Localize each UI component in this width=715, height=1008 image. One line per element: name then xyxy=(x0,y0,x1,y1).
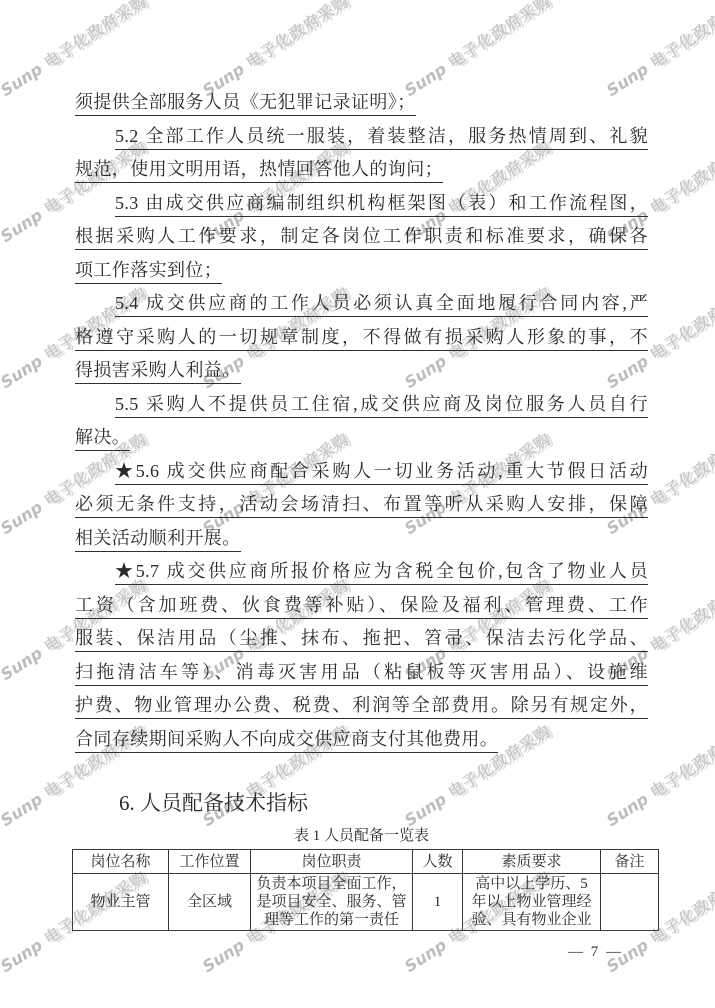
clause-line-text: 5.4 成交供应商的工作人员必须认真全面地履行合同内容,严 xyxy=(115,293,648,317)
clause-line: 5.3 由成交供应商编制组织机构框架图（表）和工作流程图， xyxy=(75,187,648,221)
table-header-cell: 素质要求 xyxy=(463,850,601,874)
clause-line-text: 得损害采购人利益。 xyxy=(75,360,241,384)
watermark-brand: Sunp xyxy=(0,789,46,830)
clause-line: 护费、物业管理办公费、税费、利润等全部费用。除另有规定外， xyxy=(75,689,648,723)
watermark-slogan: 电子化政府采购 xyxy=(647,721,715,802)
clause-line-text: 项工作落实到位； xyxy=(75,260,222,284)
clause-line: 相关活动顺利开展。 xyxy=(75,522,648,556)
clause-line-text: 服装、保洁用品（尘推、抹布、拖把、笤帚、保洁去污化学品、 xyxy=(75,628,648,652)
clause-line-text: 5.5 采购人不提供员工住宿,成交供应商及岗位服务人员自行 xyxy=(115,394,648,418)
table-cell: 物业主管 xyxy=(73,874,169,931)
clause-line-text: 扫拖清洁车等）、消毒灭害用品（粘鼠板等灭害用品）、设施维 xyxy=(75,662,648,686)
clause-line-text: 相关活动顺利开展。 xyxy=(75,528,241,552)
clause-lines: 须提供全部服务人员《无犯罪记录证明》；5.2 全部工作人员统一服装，着装整洁，服… xyxy=(75,0,648,756)
table-header-row: 岗位名称工作位置岗位职责人数素质要求备注 xyxy=(73,850,659,874)
watermark-slogan: 电子化政府采购 xyxy=(647,575,715,656)
table-cell: 全区域 xyxy=(169,874,251,931)
clause-line-text: 5.2 全部工作人员统一服装，着装整洁，服务热情周到、礼貌 xyxy=(115,126,648,150)
table-cell: 高中以上学历、5 年以上物业管理经 验、具有物业企业 xyxy=(463,874,601,931)
table-caption: 表 1 人员配备一览表 xyxy=(75,827,648,845)
clause-line: 项工作落实到位； xyxy=(75,254,648,288)
clause-line-text: 必须无条件支持，活动会场清扫、布置等听从采购人安排，保障 xyxy=(75,494,648,518)
table-header-cell: 岗位名称 xyxy=(73,850,169,874)
clause-line: 根据采购人工作要求，制定各岗位工作职责和标准要求，确保各 xyxy=(75,220,648,254)
clause-line: ★5.6 成交供应商配合采购人一切业务活动,重大节假日活动 xyxy=(75,455,648,489)
clause-line: 格遵守采购人的一切规章制度，不得做有损采购人形象的事，不 xyxy=(75,321,648,355)
clause-line: ★5.7 成交供应商所报价格应为含税全包价,包含了物业人员 xyxy=(75,555,648,589)
clause-line-text: ★5.7 成交供应商所报价格应为含税全包价,包含了物业人员 xyxy=(115,561,648,585)
clause-line-text: 工资（含加班费、伙食费等补贴）、保险及福利、管理费、工作 xyxy=(75,595,648,619)
table-row: 物业主管全区域负责本项目全面工作， 是项目安全、服务、管 理等工作的第一责任1高… xyxy=(73,874,659,931)
clause-line-text: 规范，使用文明用语，热情回答他人的询问； xyxy=(75,159,443,183)
table-cell xyxy=(601,874,659,931)
watermark-brand: Sunp xyxy=(0,351,46,392)
clause-line-text: 解决。 xyxy=(75,427,130,451)
clause-line-text: 5.3 由成交供应商编制组织机构框架图（表）和工作流程图， xyxy=(115,193,648,217)
watermark-brand: Sunp xyxy=(0,935,46,976)
clause-line: 5.4 成交供应商的工作人员必须认真全面地履行合同内容,严 xyxy=(75,287,648,321)
clause-line-text: 合同存续期间采购人不向成交供应商支付其他费用。 xyxy=(75,729,498,753)
watermark-slogan: 电子化政府采购 xyxy=(647,137,715,218)
table-header-cell: 岗位职责 xyxy=(251,850,413,874)
table-cell: 负责本项目全面工作， 是项目安全、服务、管 理等工作的第一责任 xyxy=(251,874,413,931)
clause-line: 工资（含加班费、伙食费等补贴）、保险及福利、管理费、工作 xyxy=(75,589,648,623)
watermark-slogan: 电子化政府采购 xyxy=(647,283,715,364)
clause-line: 规范，使用文明用语，热情回答他人的询问； xyxy=(75,153,648,187)
watermark-slogan: 电子化政府采购 xyxy=(647,0,715,72)
table-header-cell: 工作位置 xyxy=(169,850,251,874)
watermark-brand: Sunp xyxy=(0,59,46,100)
table-header-cell: 人数 xyxy=(413,850,463,874)
page-number: — 7 — xyxy=(75,944,648,961)
clause-line: 服装、保洁用品（尘推、抹布、拖把、笤帚、保洁去污化学品、 xyxy=(75,622,648,656)
table-header-cell: 备注 xyxy=(601,850,659,874)
clause-line-text: 根据采购人工作要求，制定各岗位工作职责和标准要求，确保各 xyxy=(75,226,648,250)
personnel-table: 岗位名称工作位置岗位职责人数素质要求备注 物业主管全区域负责本项目全面工作， 是… xyxy=(72,849,659,931)
watermark-slogan: 电子化政府采购 xyxy=(647,429,715,510)
watermark-brand: Sunp xyxy=(0,497,46,538)
watermark-brand: Sunp xyxy=(0,643,46,684)
clause-line: 必须无条件支持，活动会场清扫、布置等听从采购人安排，保障 xyxy=(75,488,648,522)
clause-line: 合同存续期间采购人不向成交供应商支付其他费用。 xyxy=(75,723,648,757)
clause-line: 须提供全部服务人员《无犯罪记录证明》； xyxy=(75,86,648,120)
clause-line-text: 护费、物业管理办公费、税费、利润等全部费用。除另有规定外， xyxy=(75,695,648,719)
watermark-brand: Sunp xyxy=(0,205,46,246)
section-heading: 6. 人员配备技术指标 xyxy=(75,790,648,816)
clause-line: 扫拖清洁车等）、消毒灭害用品（粘鼠板等灭害用品）、设施维 xyxy=(75,656,648,690)
document-body: 须提供全部服务人员《无犯罪记录证明》；5.2 全部工作人员统一服装，着装整洁，服… xyxy=(75,0,648,961)
clause-line-text: ★5.6 成交供应商配合采购人一切业务活动,重大节假日活动 xyxy=(115,461,648,485)
clause-line-text: 格遵守采购人的一切规章制度，不得做有损采购人形象的事，不 xyxy=(75,327,648,351)
table-cell: 1 xyxy=(413,874,463,931)
clause-line: 解决。 xyxy=(75,421,648,455)
clause-line-text: 须提供全部服务人员《无犯罪记录证明》； xyxy=(75,92,416,116)
clause-line: 5.5 采购人不提供员工住宿,成交供应商及岗位服务人员自行 xyxy=(75,388,648,422)
document-page: Sunp电子化政府采购Sunp电子化政府采购Sunp电子化政府采购Sunp电子化… xyxy=(0,0,715,1008)
clause-line: 5.2 全部工作人员统一服装，着装整洁，服务热情周到、礼貌 xyxy=(75,120,648,154)
clause-line: 得损害采购人利益。 xyxy=(75,354,648,388)
